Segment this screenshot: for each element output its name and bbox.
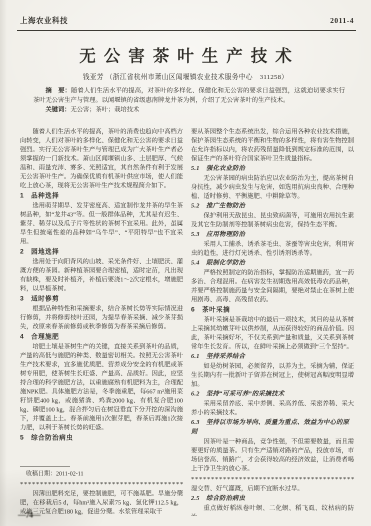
section-1-paragraph: 选用萌芽期早、发芽密度高、适宜制作龙井茶的早生茶树品种，如“龙井43”等。但一般… xyxy=(20,201,183,246)
section-2-paragraph: 选用处于向阳背风的山坡、采光条件好、土壤肥沃、灌溉方便的茶园。新种植茶园要合理密… xyxy=(20,257,183,293)
section-5-1-paragraph: 无公害茶园的病虫防治应以农业防治为主，提高茶树自身抗性，减少病虫发生与危害，如选… xyxy=(191,174,354,201)
author-line: 钱亚芳 （浙江省杭州市萧山区闻堰镇农业技术服务中心 311258） xyxy=(0,71,371,81)
abstract-label: 摘 要： xyxy=(46,87,72,94)
journal-header: 上海农业科技 2011-4 xyxy=(20,15,354,26)
header-rule xyxy=(17,30,356,31)
right-column: 要从茶园整个生态系统出发，综合运用各种农业技术措施，保护茶园生态系统的平衡和生物… xyxy=(191,127,354,516)
keywords-text: 无公害；茶叶；栽培技术 xyxy=(71,106,140,113)
section-5-1-heading: 5.1 强化农业防治 xyxy=(191,164,354,174)
section-6-3-paragraph: 因茶叶是一种商品，竞争性强，不但需要数量，而且需要更好的质量茶。只有生产适销对路… xyxy=(191,437,354,473)
page-number-smudge: —74— xyxy=(18,511,40,520)
continued-paragraph-right-1: 湿交替、好气灌溉，后期不宜断水过早。 xyxy=(191,484,354,493)
section-1-heading: 1 品种选择 xyxy=(20,191,183,201)
article-separator-right: ****************************************… xyxy=(191,476,354,483)
journal-name: 上海农业科技 xyxy=(20,15,68,26)
section-4-heading: 4 合理施肥 xyxy=(20,332,183,342)
intro-paragraph: 随着人们生活水平的提高，茶叶的消费也趋向中高档方向转变，人们对茶叶的多样化、保健… xyxy=(20,127,183,190)
section-2-heading: 2 园地选择 xyxy=(20,247,183,257)
section-6-3-heading: 6.3 坚持以市场为导向、质量为重点、效益为中心的原则 xyxy=(191,418,354,437)
footnote-rule xyxy=(20,467,70,468)
abstract-paragraph: 摘 要：随着人们生活水平的提高，对茶叶的多样化、保健化和无公害的要求日益强烈，这… xyxy=(33,86,345,105)
section-5-heading: 5 综合防治病虫 xyxy=(20,433,183,443)
article-title: 无公害茶叶生产技术 xyxy=(0,43,371,67)
section-5-3-heading: 5.3 应用物理防治 xyxy=(191,230,354,240)
scanned-journal-page: 上海农业科技 2011-4 无公害茶叶生产技术 钱亚芳 （浙江省杭州市萧山区闻堰… xyxy=(0,0,371,526)
two-column-body: 随着人们生活水平的提高，茶叶的消费也趋向中高档方向转变，人们对茶叶的多样化、保健… xyxy=(20,127,354,516)
continued-paragraph-right-2: 重点做好稻纵卷叶螟、二化螟、稻飞虱、纹枯病的防治。 xyxy=(191,504,354,517)
paper-sheet: 上海农业科技 2011-4 无公害茶叶生产技术 钱亚芳 （浙江省杭州市萧山区闻堰… xyxy=(0,0,371,526)
left-column: 随着人们生活水平的提高，茶叶的消费也趋向中高档方向转变，人们对茶叶的多样化、保健… xyxy=(20,127,183,516)
section-5-2-paragraph: 保护利用天敌昆虫、昆虫致病菌等，可施用农用抗生素及其它生防制剂等控制茶树病虫危害… xyxy=(191,211,354,229)
section-5-paragraph: 要从茶园整个生态系统出发，综合运用各种农业技术措施，保护茶园生态系统的平衡和生物… xyxy=(191,127,354,163)
section-6-2-paragraph: 采用采留养底、采中养侧、采高养低、采密养稀、采大养小的采摘技术。 xyxy=(191,399,354,417)
section-6-1-heading: 6.1 坚持采养结合 xyxy=(191,352,354,362)
footnote-group: 收稿日期：2011-02-11 ************************… xyxy=(20,465,183,517)
section-6-heading: 6 茶叶采摘 xyxy=(191,305,354,315)
keywords-line: 关键词：无公害；茶叶；栽培技术 xyxy=(33,105,345,115)
section-5-3-paragraph: 采用人工捕杀、诱杀茶毛虫、茶蚕等害虫危害，利用害虫的趋性，进行灯光诱杀、性引诱剂… xyxy=(191,240,354,258)
abstract-block: 摘 要：随着人们生活水平的提高，对茶叶的多样化、保健化和无公害的要求日益强烈，这… xyxy=(33,86,345,115)
keywords-label: 关键词： xyxy=(46,106,71,113)
section-3-heading: 3 适时修剪 xyxy=(20,294,183,304)
abstract-text: 随着人们生活水平的提高，对茶叶的多样化、保健化和无公害的要求日益强烈，这就迫切要… xyxy=(33,87,345,104)
continued-article-paragraph-left: 因薄田肥料充足，要控制施肥，可不施基肥。早施分蘖肥，在移栽后5 d，每hm²施入… xyxy=(20,489,183,516)
section-5-2-heading: 5.2 推广生物防治 xyxy=(191,201,354,211)
continued-article-group-right: ****************************************… xyxy=(191,473,354,516)
section-5-4-paragraph: 严格按照制定的防治指标，掌握防治适期施药，宜一药多治、合理混用。在病害发生初期选… xyxy=(191,268,354,304)
section-3-paragraph: 根据品种特性和采摘要求，结合茶树长势等实际情况进行修剪，并将修剪枝叶还园，为提早… xyxy=(20,304,183,331)
section-5-4-heading: 5.4 限制化学防治 xyxy=(191,258,354,268)
continued-section-2-5-heading: 2.5 综合防治病虫 xyxy=(191,494,354,504)
received-date: 收稿日期：2011-02-11 xyxy=(20,470,183,479)
article-separator-left: ****************************************… xyxy=(20,481,183,488)
section-6-2-heading: 6.2 坚持“可采可养”的采摘技术 xyxy=(191,389,354,399)
section-6-1-paragraph: 如是幼树茶园，必须留养，以养为主，采摘为辅，保证生长期内有一批新叶子留养在树冠上… xyxy=(191,362,354,389)
section-6-paragraph: 茶叶采摘是茶栽培中的最后一项技术，其目的是从茶树上采摘其幼嫩芽叶以供炒制，从而获… xyxy=(191,315,354,351)
issue-number: 2011-4 xyxy=(330,17,354,26)
section-4-paragraph: 培肥土壤是茶树生产的关键，直接关系到茶叶的品质，产量的高低与施肥的种类、数量密切… xyxy=(20,342,183,432)
